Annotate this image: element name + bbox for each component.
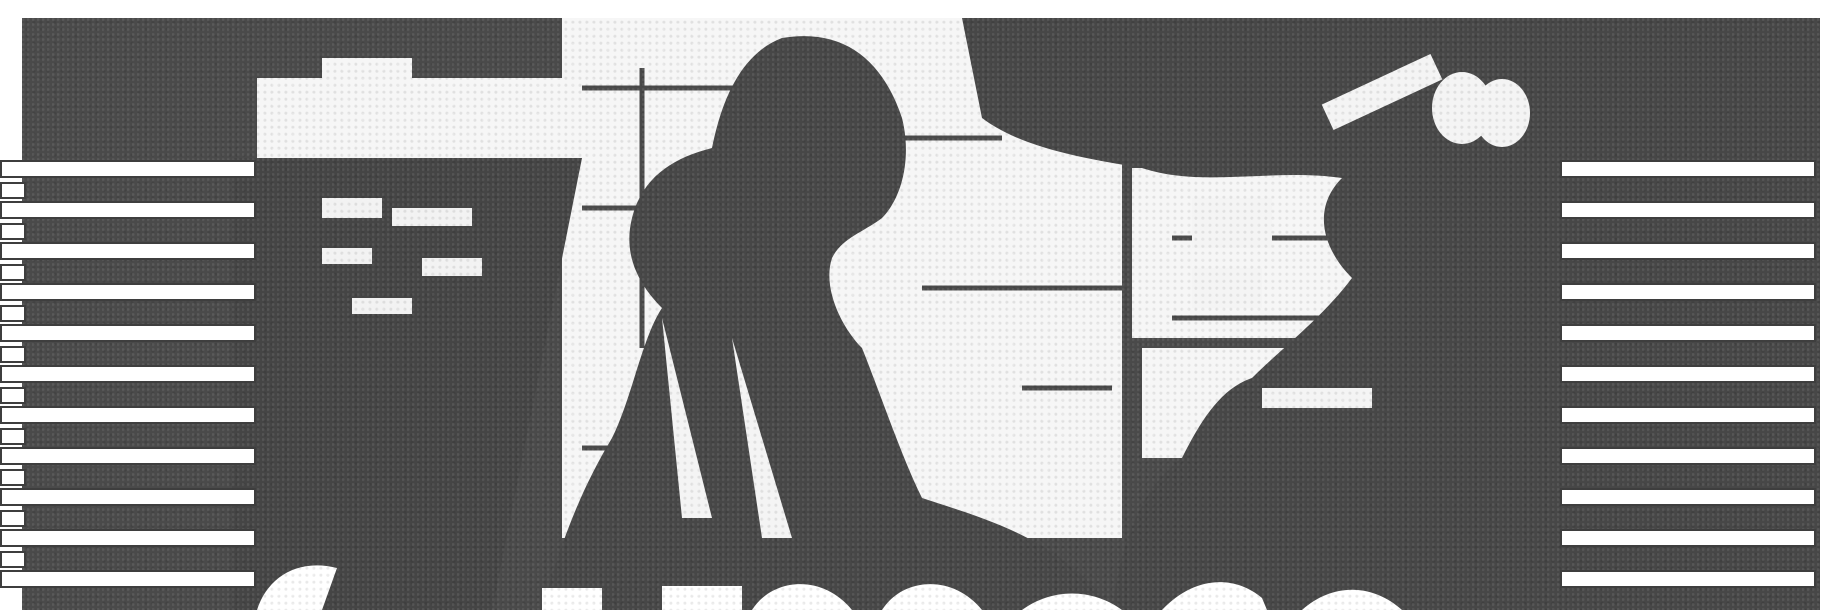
stripe-bar [0,201,256,219]
stripe-tab [0,223,26,240]
stripe-bar [0,283,256,301]
photo-frame [22,18,1820,610]
stripe-bar [0,406,256,424]
stripe-tab [0,182,26,199]
stripe-bar [1560,242,1816,260]
stripe-bar [0,160,256,178]
stripe-bar [0,488,256,506]
stripe-bar [0,570,256,588]
stripe-tab [0,510,26,527]
halftone-grain [22,18,1820,610]
stripe-tab [0,469,26,486]
stripe-bar [1560,283,1816,301]
stripe-tab [0,551,26,568]
stripe-bar [1560,488,1816,506]
stripe-bar [1560,324,1816,342]
stripe-bar [0,242,256,260]
right-striped-panel [1560,160,1818,610]
stripe-bar [1560,447,1816,465]
stripe-tab [0,387,26,404]
left-striped-panel [0,160,258,610]
stripe-tab [0,346,26,363]
stripe-tab [0,264,26,281]
stripe-bar [1560,570,1816,588]
stripe-bar [0,324,256,342]
stripe-tab [0,428,26,445]
scanned-photo [0,0,1831,610]
stripe-bar [0,447,256,465]
stripe-bar [1560,365,1816,383]
stripe-bar [1560,529,1816,547]
stripe-bar [1560,160,1816,178]
stripe-bar [1560,406,1816,424]
stripe-bar [0,529,256,547]
stripe-bar [1560,201,1816,219]
stripe-bar [0,365,256,383]
stripe-tab [0,305,26,322]
